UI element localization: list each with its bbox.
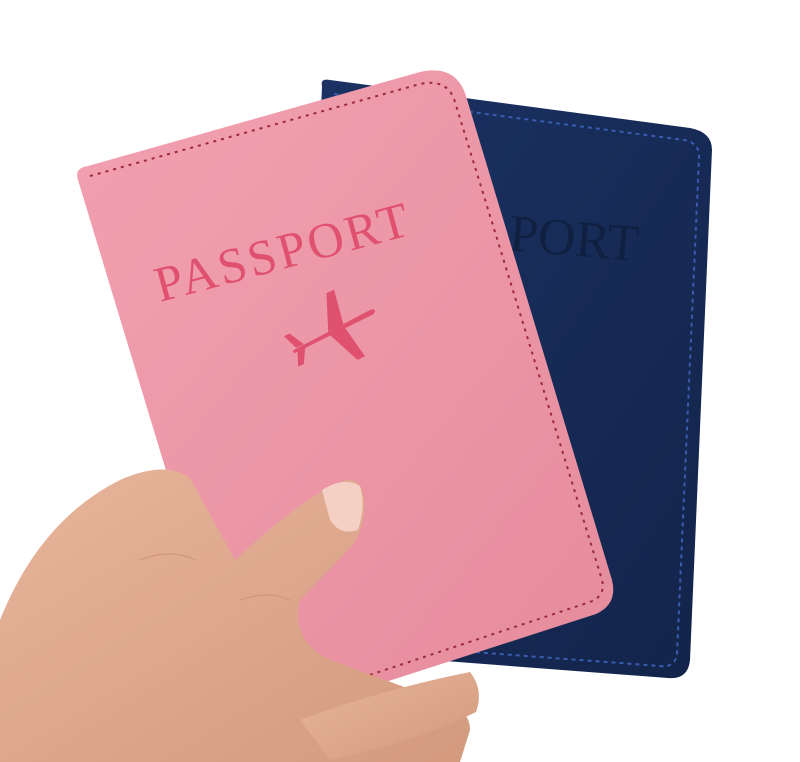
navy-cover-title: PORT xyxy=(507,205,641,273)
product-photo: PORT PASSPORT xyxy=(0,0,800,762)
passport-covers-illustration: PORT PASSPORT xyxy=(0,0,800,762)
